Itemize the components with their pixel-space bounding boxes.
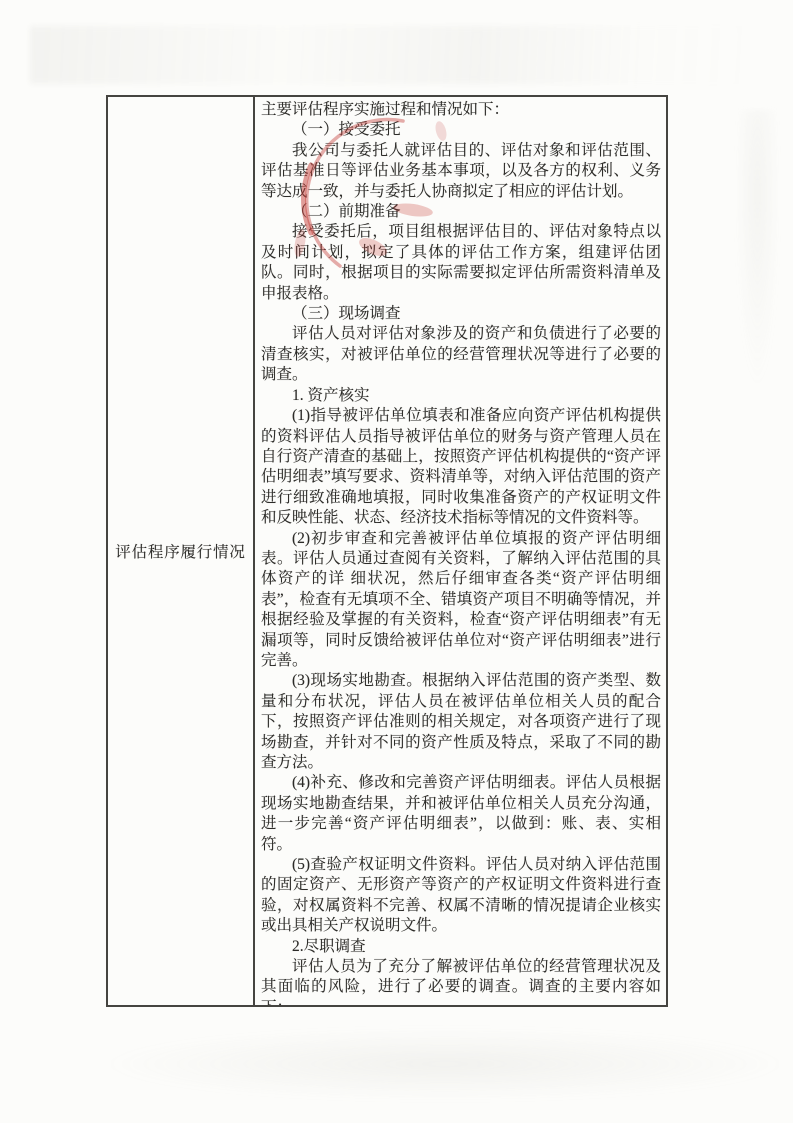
paragraph: （一）接受委托	[261, 120, 661, 140]
paragraph: (2)初步审查和完善被评估单位填报的资产评估明细表。评估人员通过查阅有关资料，了…	[261, 529, 661, 672]
paragraph: （三）现场调查	[261, 304, 661, 324]
paragraph: (4)补充、修改和完善资产评估明细表。评估人员根据现场实地勘查结果，并和被评估单…	[261, 773, 661, 855]
paragraph: 我公司与委托人就评估目的、评估对象和评估范围、评估基准日等评估业务基本事项，以及…	[261, 141, 661, 202]
paragraph: (1)指导被评估单位填表和准备应向资产评估机构提供的资料评估人员指导被评估单位的…	[261, 406, 661, 528]
scan-artifact-right	[735, 110, 780, 390]
paragraph: (3)现场实地勘查。根据纳入评估范围的资产类型、数量和分布状况，评估人员在被评估…	[261, 671, 661, 773]
appraisal-procedure-table: 评估程序履行情况 主要评估程序实施过程和情况如下：（一）接受委托我公司与委托人就…	[106, 95, 668, 1007]
scan-artifact-top	[30, 26, 750, 84]
paragraph: 接受委托后，项目组根据评估目的、评估对象特点以及时间计划，拟定了具体的评估工作方…	[261, 222, 661, 304]
paragraph: 评估人员对评估对象涉及的资产和负债进行了必要的清查核实，对被评估单位的经营管理状…	[261, 324, 661, 385]
paragraph: 1. 资产核实	[261, 386, 661, 406]
paragraph: 主要评估程序实施过程和情况如下：	[261, 100, 661, 120]
row-header-label: 评估程序履行情况	[115, 540, 245, 562]
paragraph: 评估人员为了充分了解被评估单位的经营管理状况及其面临的风险，进行了必要的调查。调…	[261, 957, 661, 1005]
scan-artifact-bottom	[110, 1028, 780, 1100]
row-header-cell: 评估程序履行情况	[108, 97, 255, 1005]
document-page: 评估程序履行情况 主要评估程序实施过程和情况如下：（一）接受委托我公司与委托人就…	[0, 0, 793, 1123]
paragraph: （二）前期准备	[261, 202, 661, 222]
procedure-paragraphs: 主要评估程序实施过程和情况如下：（一）接受委托我公司与委托人就评估目的、评估对象…	[255, 97, 666, 1005]
paragraph: 2.尽职调查	[261, 937, 661, 957]
paragraph: (5)查验产权证明文件资料。评估人员对纳入评估范围的固定资产、无形资产等资产的产…	[261, 855, 661, 937]
